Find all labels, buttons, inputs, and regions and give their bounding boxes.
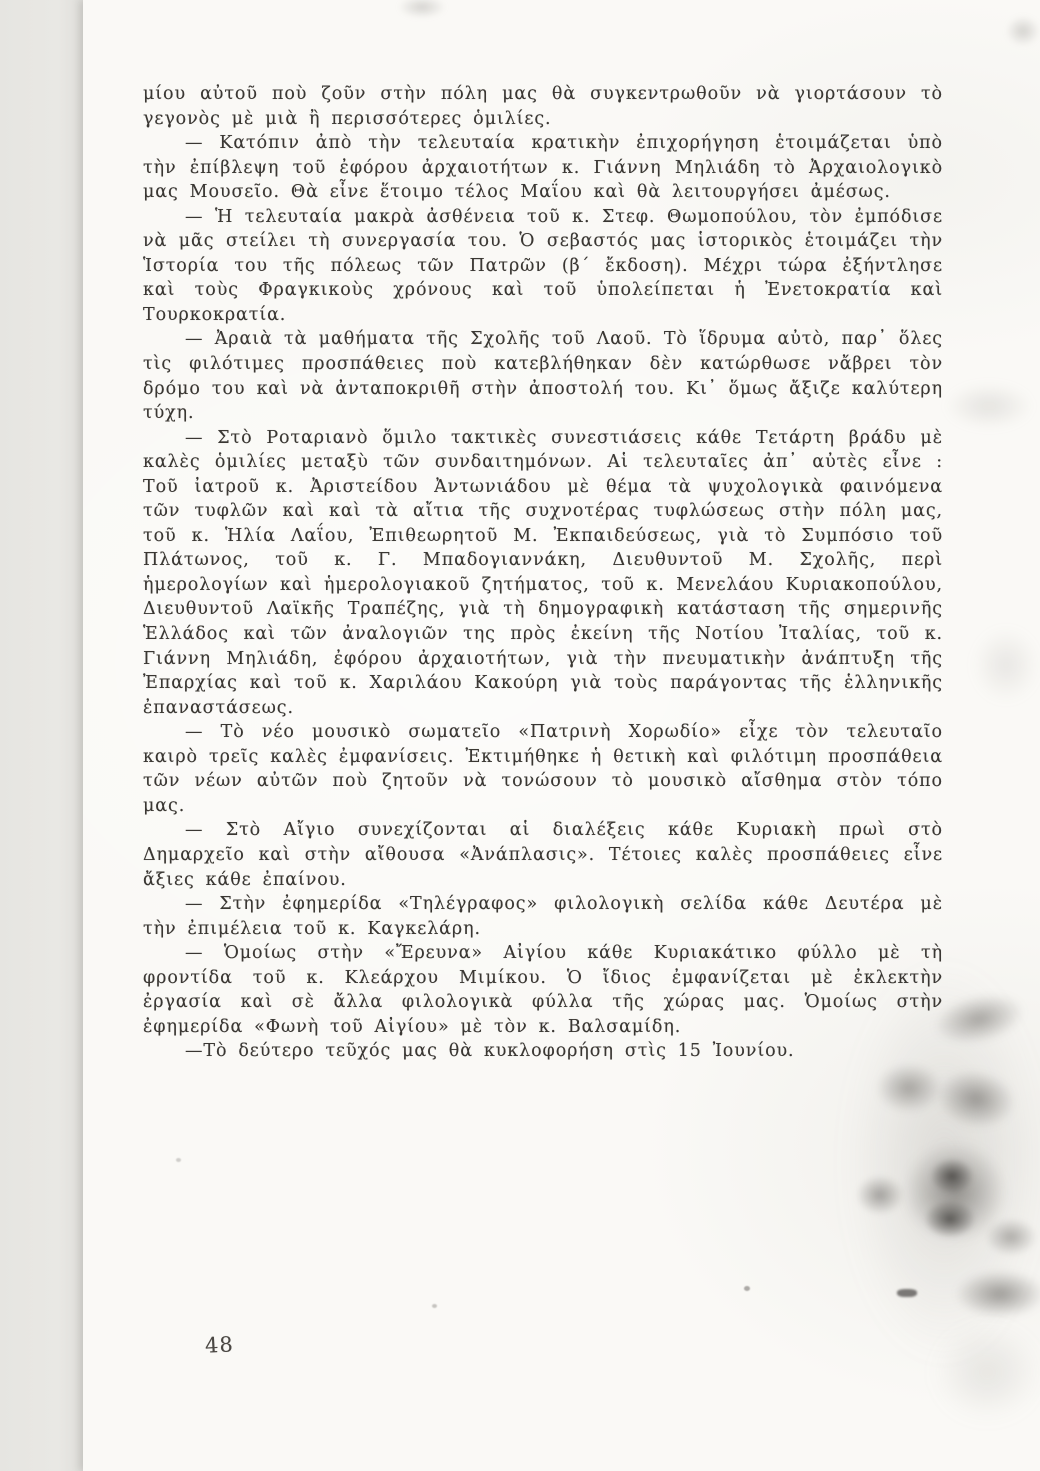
paragraph: — Στὸ Αἴγιο συνεχίζονται αἱ διαλέξεις κά… [143, 818, 943, 892]
paragraph: — Ὁμοίως στὴν «Ἔρευνα» Αἰγίου κάθε Κυρια… [143, 941, 943, 1039]
page-number: 48 [204, 1332, 234, 1357]
scan-margin-strip [0, 0, 83, 1471]
paragraph: — Τὸ νέο μουσικὸ σωματεῖο «Πατρινὴ Χορωδ… [143, 720, 943, 818]
page-text: μίου αὐτοῦ ποὺ ζοῦν στὴν πόλη μας θὰ συγ… [143, 82, 943, 1064]
scanned-document-page: μίου αὐτοῦ ποὺ ζοῦν στὴν πόλη μας θὰ συγ… [0, 0, 1040, 1471]
paragraph: μίου αὐτοῦ ποὺ ζοῦν στὴν πόλη μας θὰ συγ… [143, 82, 943, 131]
paragraph: — Ἀραιὰ τὰ μαθήματα τῆς Σχολῆς τοῦ Λαοῦ.… [143, 327, 943, 425]
paragraph: — Ἡ τελευταία μακρὰ ἀσθένεια τοῦ κ. Στεφ… [143, 205, 943, 328]
paragraph: — Κατόπιν ἀπὸ τὴν τελευταία κρατικὴν ἐπι… [143, 131, 943, 205]
paragraph: — Στὸ Ροταριανὸ ὅμιλο τακτικὲς συνεστιάσ… [143, 426, 943, 721]
paragraph: — Στὴν ἐφημερίδα «Τηλέγραφος» φιλολογικὴ… [143, 892, 943, 941]
paragraph: —Τὸ δεύτερο τεῦχός μας θὰ κυκλοφορήση στ… [143, 1039, 943, 1064]
